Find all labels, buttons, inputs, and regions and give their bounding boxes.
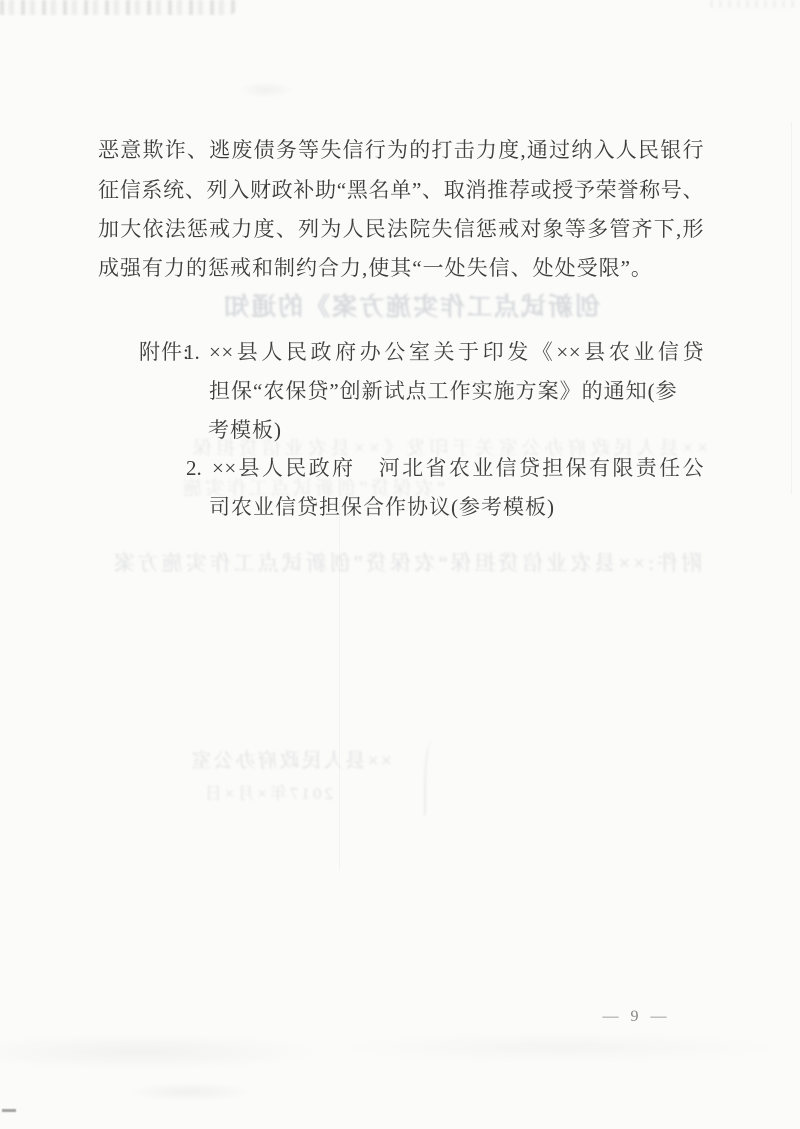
- ink-bleed-squiggle: [424, 740, 438, 816]
- page-number: — 9 —: [585, 1008, 685, 1026]
- bleedthrough-line: 附件:××县农业信贷担保“农保贷”创新试点工作实施方案: [100, 547, 702, 577]
- body-paragraph-line: 成强有力的惩戒和制约合力,使其“一处失信、处处受限”。: [98, 255, 704, 281]
- page-edge-line: [791, 122, 792, 494]
- document-page: 创新试点工作实施方案》的通知 ××县人民政府办公室关于印发《××县农业信贷担保 …: [0, 0, 800, 1129]
- attachment-1-number: 1.: [184, 339, 200, 365]
- attachment-2-line: ××县人民政府 河北省农业信贷担保有限责任公: [212, 455, 704, 481]
- bleedthrough-date: 2017年×月×日: [178, 779, 333, 804]
- scan-smudge-top-right: [710, 0, 800, 8]
- scan-mark-bottom-left: [2, 1109, 16, 1112]
- body-paragraph-line: 加大依法惩戒力度、列为人民法院失信惩戒对象等多管齐下,形: [98, 216, 704, 242]
- attachment-1-line: 担保“农保贷”创新试点工作实施方案》的通知(参: [209, 378, 678, 404]
- scan-smudge-top-left: [0, 0, 238, 15]
- attachment-2-number: 2.: [186, 455, 202, 481]
- attachments-label: 附件:: [139, 339, 190, 365]
- body-paragraph-line: 征信系统、列入财政补助“黑名单”、取消推荐或授予荣誉称号、: [98, 177, 704, 203]
- bleedthrough-title: 创新试点工作实施方案》的通知: [210, 287, 612, 323]
- body-paragraph-line: 恶意欺诈、逃废债务等失信行为的打击力度,通过纳入人民银行: [98, 137, 704, 163]
- bleedthrough-signature: ××县人民政府办公室: [160, 744, 392, 773]
- attachment-1-line: 考模板): [208, 417, 282, 443]
- attachment-2-line: 司农业信贷担保合作协议(参考模板): [209, 494, 555, 520]
- attachment-1-line: ××县人民政府办公室关于印发《××县农业信贷: [209, 339, 704, 365]
